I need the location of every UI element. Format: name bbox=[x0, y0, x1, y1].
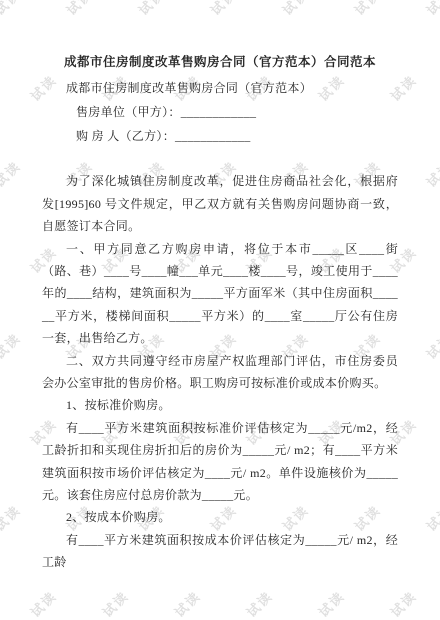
watermark-stamp: 试读 bbox=[278, 0, 313, 19]
watermark-stamp: 试读 bbox=[422, 328, 440, 363]
watermark-stamp: 试读 bbox=[98, 586, 133, 620]
paragraph-clause-1: 一、甲方同意乙方购房申请，将位于本市_____区____街（路、巷）____号_… bbox=[42, 238, 398, 350]
watermark-stamp: 试读 bbox=[314, 586, 349, 620]
watermark-stamp: 试读 bbox=[26, 586, 61, 620]
watermark-stamp: 试读 bbox=[0, 0, 24, 19]
paragraph-clause-2: 二、双方共同遵守经市房屋产权监理部门评估，市住房委员会办公室审批的售房价格。职工… bbox=[42, 350, 398, 395]
watermark-stamp: 试读 bbox=[422, 0, 440, 19]
watermark-stamp: 试读 bbox=[62, 0, 97, 19]
paragraph-item-2-body: 有____平方米建筑面积按成本价评估核定为_____元/ m2，经工龄 bbox=[42, 529, 398, 574]
buyer-party-line: 购 房 人（乙方）：____________ bbox=[42, 124, 398, 148]
document-subtitle: 成都市住房制度改革售购房合同（官方范本） bbox=[42, 76, 398, 100]
paragraph-preamble: 为了深化城镇住房制度改革，促进住房商品社会化，根据府发[1995]60 号文件规… bbox=[42, 170, 398, 237]
document-content: 成都市住房制度改革售购房合同（官方范本）合同范本 成都市住房制度改革售购房合同（… bbox=[42, 50, 398, 574]
paragraph-item-2-heading: 2、按成本价购房。 bbox=[42, 506, 398, 528]
watermark-stamp: 试读 bbox=[422, 156, 440, 191]
seller-party-line: 售房单位（甲方）：____________ bbox=[42, 100, 398, 124]
watermark-stamp: 试读 bbox=[350, 0, 385, 19]
watermark-stamp: 试读 bbox=[386, 586, 421, 620]
watermark-stamp: 试读 bbox=[0, 500, 24, 535]
watermark-stamp: 试读 bbox=[422, 500, 440, 535]
watermark-stamp: 试读 bbox=[242, 586, 277, 620]
document-page: 试读试读试读试读试读试读试读试读试读试读试读试读试读试读试读试读试读试读试读试读… bbox=[0, 0, 440, 620]
watermark-stamp: 试读 bbox=[206, 0, 241, 19]
watermark-stamp: 试读 bbox=[134, 0, 169, 19]
watermark-stamp: 试读 bbox=[170, 586, 205, 620]
paragraph-item-1-body: 有____平方米建筑面积按标准价评估核定为_____元/m2，经工龄折扣和买现住… bbox=[42, 417, 398, 507]
watermark-stamp: 试读 bbox=[0, 328, 24, 363]
watermark-stamp: 试读 bbox=[0, 156, 24, 191]
document-title: 成都市住房制度改革售购房合同（官方范本）合同范本 bbox=[42, 50, 398, 74]
paragraph-item-1-heading: 1、按标准价购房。 bbox=[42, 394, 398, 416]
